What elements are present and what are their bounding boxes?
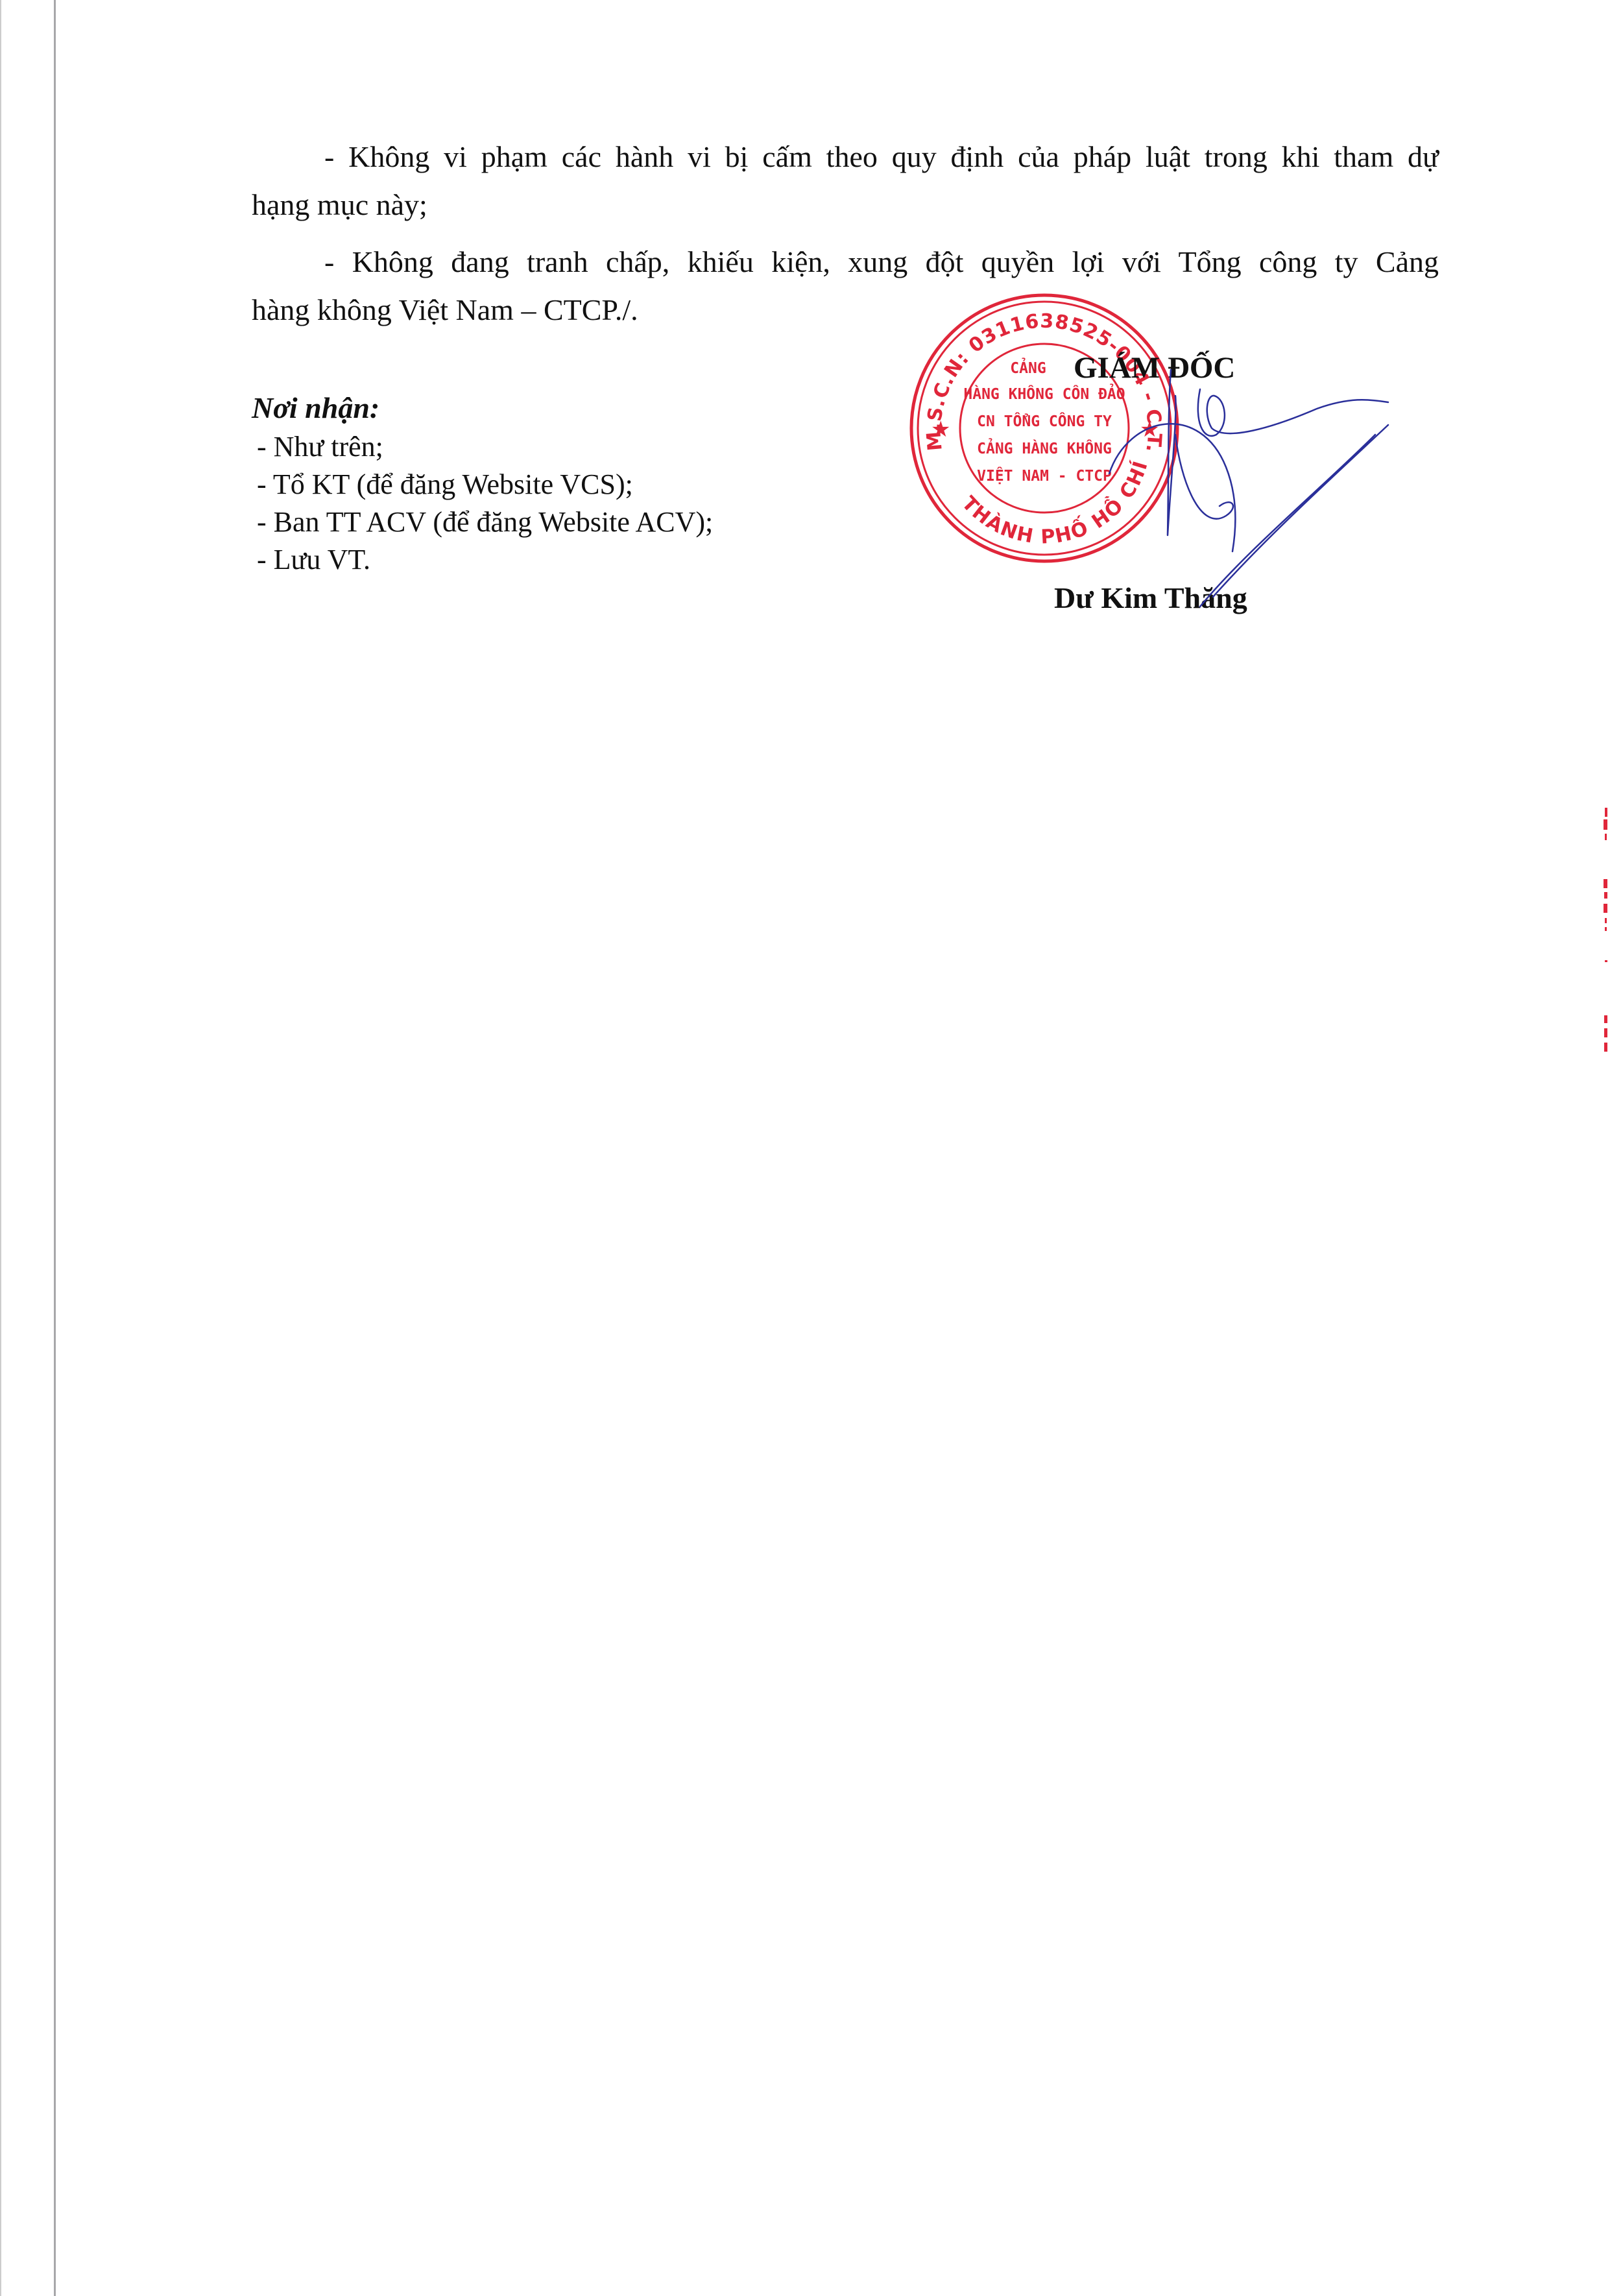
- recipient-item: - Ban TT ACV (để đăng Website ACV);: [252, 503, 713, 541]
- edge-seal-fragment-icon: [1597, 801, 1610, 1093]
- scan-edge-line: [54, 0, 56, 2296]
- condition-paragraph-2: - Không đang tranh chấp, khiếu kiện, xun…: [252, 238, 1439, 334]
- recipient-item: - Như trên;: [252, 428, 713, 466]
- recipients-block: Nơi nhận: - Như trên; - Tổ KT (để đăng W…: [252, 389, 713, 579]
- paragraph-first-line: - Không đang tranh chấp, khiếu kiện, xun…: [252, 238, 1439, 286]
- stamp-inner-line: CN TỔNG CÔNG TY: [977, 412, 1112, 430]
- stamp-inner-line: CẢNG HÀNG KHÔNG: [977, 438, 1112, 457]
- recipients-heading: Nơi nhận:: [252, 389, 713, 427]
- stamp-star-left: ★: [931, 417, 950, 442]
- recipient-item: - Lưu VT.: [252, 541, 713, 579]
- recipient-item: - Tổ KT (để đăng Website VCS);: [252, 466, 713, 503]
- handwritten-signature-icon: [1103, 337, 1401, 610]
- stamp-inner-line: HÀNG KHÔNG CÔN ĐẢO: [963, 383, 1125, 403]
- paragraph-first-line: - Không vi phạm các hành vi bị cấm theo …: [252, 133, 1439, 181]
- paragraph-continuation: hàng không Việt Nam – CTCP./.: [252, 286, 1439, 334]
- condition-paragraph-1: - Không vi phạm các hành vi bị cấm theo …: [252, 133, 1439, 229]
- scan-edge-line-outer: [0, 0, 1, 2296]
- paragraph-continuation: hạng mục này;: [252, 181, 1439, 229]
- stamp-inner-line: VIỆT NAM - CTCP: [977, 466, 1112, 485]
- stamp-inner-line: CẢNG: [1010, 357, 1046, 377]
